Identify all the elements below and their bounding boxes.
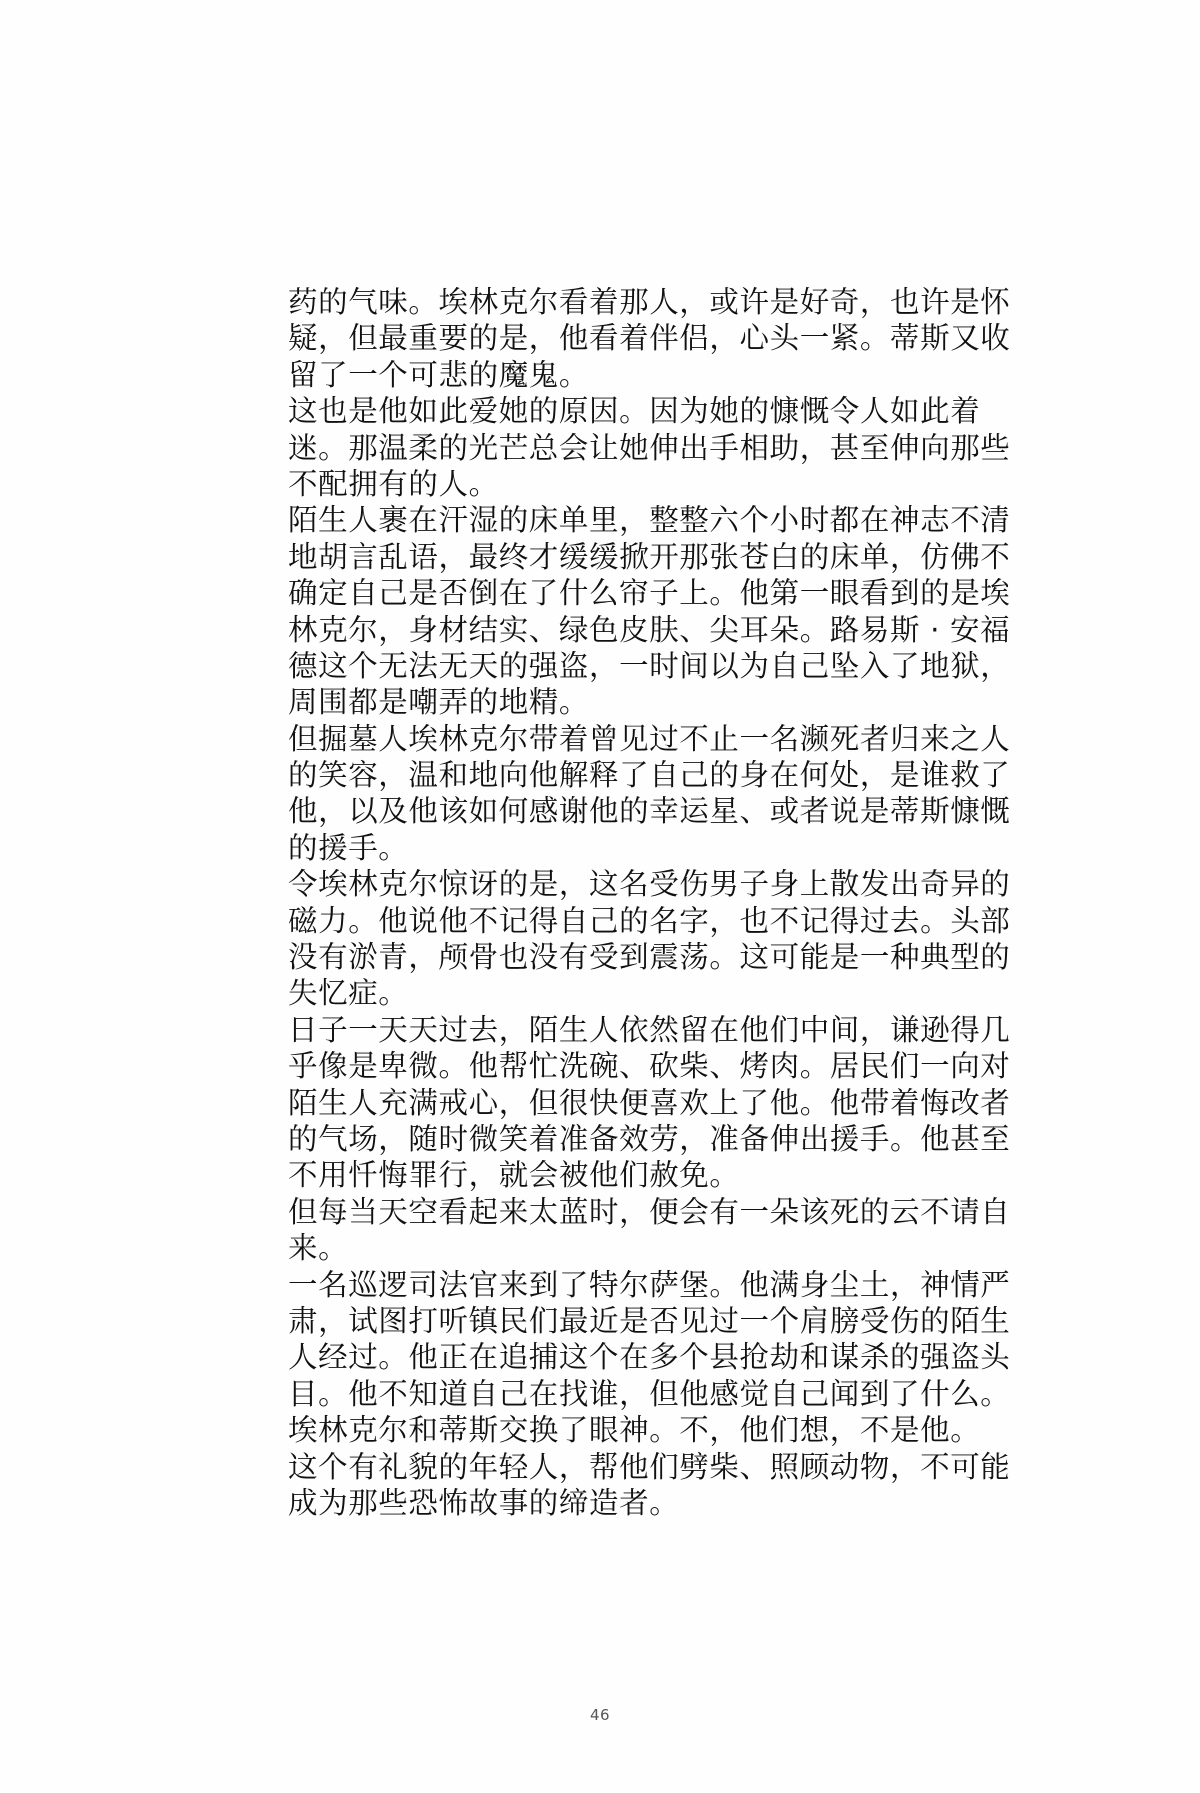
text-line: 的气场，随时微笑着准备效劳，准备伸出援手。他甚至 [288, 1121, 948, 1157]
text-line: 确定自己是否倒在了什么帘子上。他第一眼看到的是埃 [288, 575, 948, 611]
text-line: 不用忏悔罪行，就会被他们赦免。 [288, 1157, 948, 1193]
text-line: 的援手。 [288, 830, 948, 866]
text-line: 陌生人充满戒心，但很快便喜欢上了他。他带着悔改者 [288, 1085, 948, 1121]
text-line: 陌生人裹在汗湿的床单里，整整六个小时都在神志不清 [288, 502, 948, 538]
text-line: 埃林克尔和蒂斯交换了眼神。不，他们想，不是他。 [288, 1412, 948, 1448]
text-line: 德这个无法无天的强盗，一时间以为自己坠入了地狱， [288, 648, 948, 684]
text-line: 周围都是嘲弄的地精。 [288, 684, 948, 720]
text-line: 但掘墓人埃林克尔带着曾见过不止一名濒死者归来之人 [288, 721, 948, 757]
book-page: 药的气味。埃林克尔看着那人，或许是好奇，也许是怀 疑，但最重要的是，他看着伴侣，… [0, 0, 1200, 1793]
text-line: 他，以及他该如何感谢他的幸运星、或者说是蒂斯慷慨 [288, 793, 948, 829]
text-line: 疑，但最重要的是，他看着伴侣，心头一紧。蒂斯又收 [288, 320, 948, 356]
text-line: 但每当天空看起来太蓝时，便会有一朵该死的云不请自 [288, 1194, 948, 1230]
text-line: 的笑容，温和地向他解释了自己的身在何处，是谁救了 [288, 757, 948, 793]
text-line: 迷。那温柔的光芒总会让她伸出手相助，甚至伸向那些 [288, 430, 948, 466]
text-line: 不配拥有的人。 [288, 466, 948, 502]
text-line: 药的气味。埃林克尔看着那人，或许是好奇，也许是怀 [288, 284, 948, 320]
text-line: 失忆症。 [288, 975, 948, 1011]
text-line: 乎像是卑微。他帮忙洗碗、砍柴、烤肉。居民们一向对 [288, 1048, 948, 1084]
text-line: 目。他不知道自己在找谁，但他感觉自己闻到了什么。 [288, 1376, 948, 1412]
text-line: 一名巡逻司法官来到了特尔萨堡。他满身尘土，神情严 [288, 1267, 948, 1303]
text-line: 这个有礼貌的年轻人，帮他们劈柴、照顾动物，不可能 [288, 1449, 948, 1485]
text-line: 来。 [288, 1230, 948, 1266]
text-line: 没有淤青，颅骨也没有受到震荡。这可能是一种典型的 [288, 939, 948, 975]
text-line: 地胡言乱语，最终才缓缓掀开那张苍白的床单，仿佛不 [288, 539, 948, 575]
text-line: 这也是他如此爱她的原因。因为她的慷慨令人如此着 [288, 393, 948, 429]
text-line: 林克尔，身材结实、绿色皮肤、尖耳朵。路易斯 · 安福 [288, 612, 948, 648]
text-line: 磁力。他说他不记得自己的名字，也不记得过去。头部 [288, 903, 948, 939]
text-line: 日子一天天过去，陌生人依然留在他们中间，谦逊得几 [288, 1012, 948, 1048]
page-number: 46 [0, 1706, 1200, 1724]
text-line: 留了一个可悲的魔鬼。 [288, 357, 948, 393]
text-line: 成为那些恐怖故事的缔造者。 [288, 1485, 948, 1521]
text-line: 令埃林克尔惊讶的是，这名受伤男子身上散发出奇异的 [288, 866, 948, 902]
text-line: 肃，试图打听镇民们最近是否见过一个肩膀受伤的陌生 [288, 1303, 948, 1339]
text-line: 人经过。他正在追捕这个在多个县抢劫和谋杀的强盗头 [288, 1339, 948, 1375]
body-text: 药的气味。埃林克尔看着那人，或许是好奇，也许是怀 疑，但最重要的是，他看着伴侣，… [288, 284, 948, 1521]
